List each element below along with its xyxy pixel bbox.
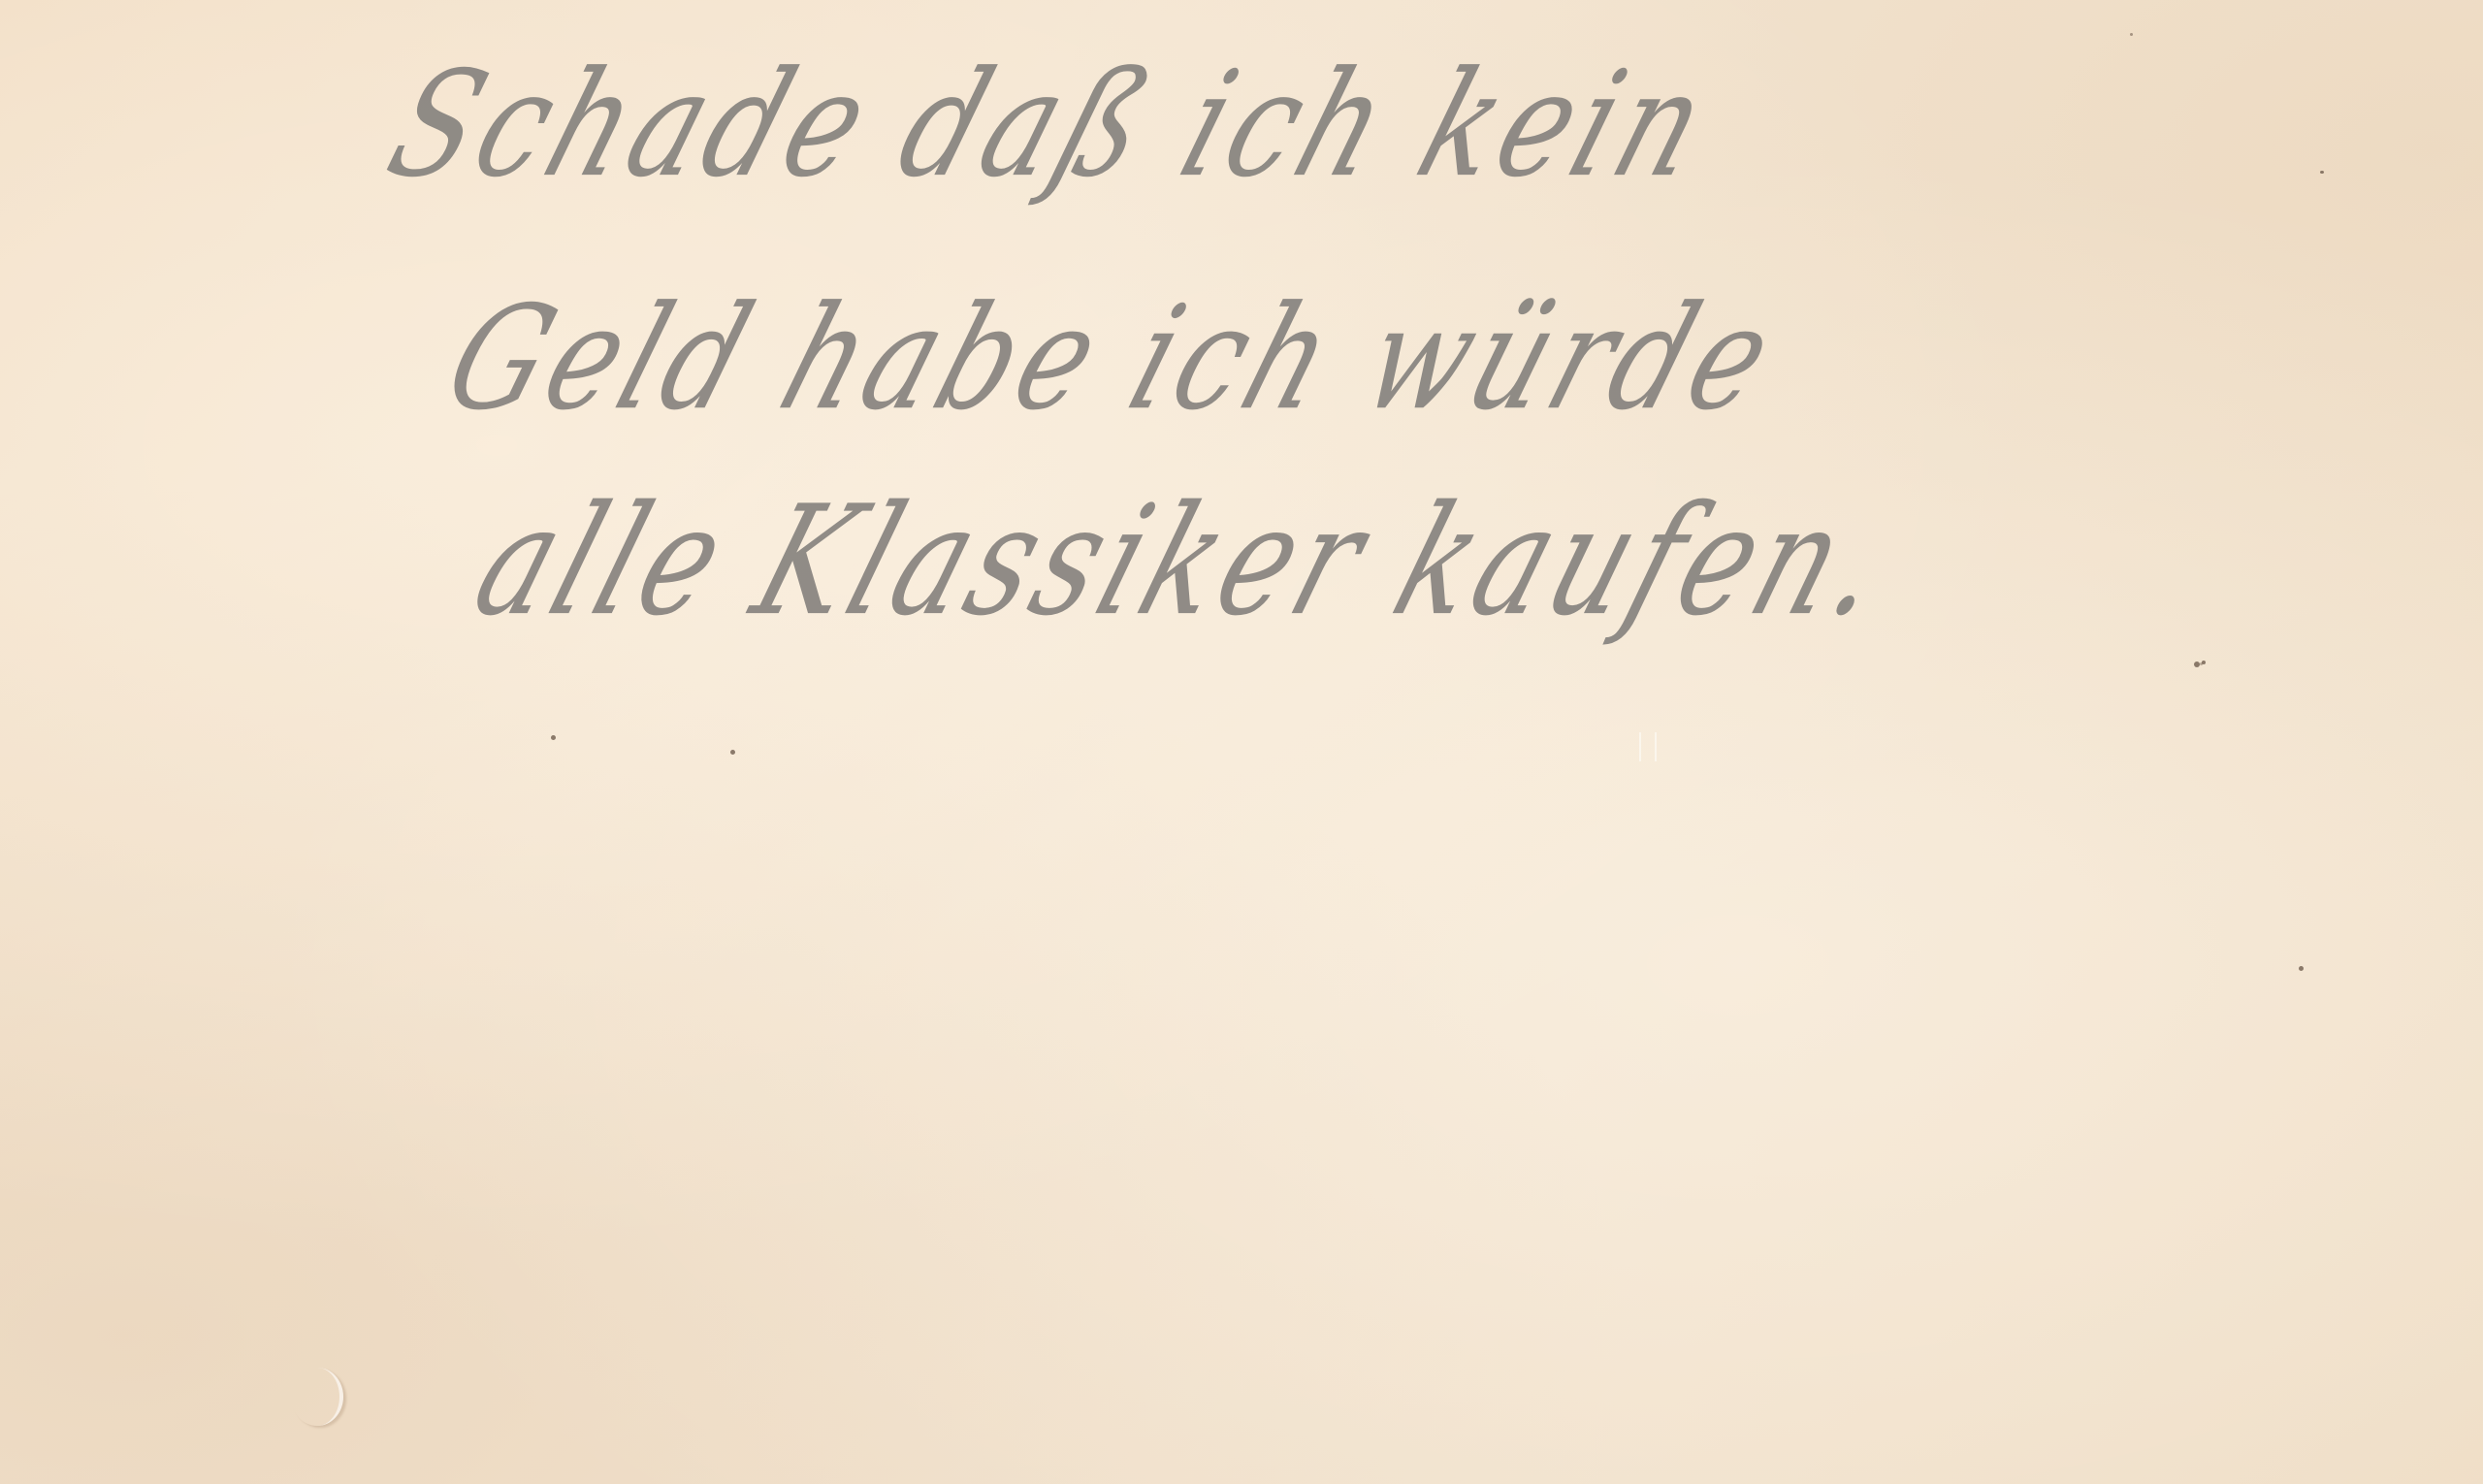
handwriting-line-2: Geld habe ich würde [429,274,1796,442]
paper-speck [2130,33,2133,36]
handwritten-text: Schade daß ich kein Geld habe ich würde … [0,0,2483,1484]
period-mark [2194,661,2200,667]
paper-speck [2320,171,2324,174]
paper-speck [2200,662,2203,665]
handwriting-line-3: alle Klassiker kaufen. [457,474,1913,650]
paper-speck [730,750,735,755]
paper-emboss-mark [291,1368,343,1426]
paper-speck [551,735,556,740]
paper-speck [2299,966,2304,971]
paper-emboss-mark [1639,732,1657,761]
paper-card: Schade daß ich kein Geld habe ich würde … [0,0,2483,1484]
handwriting-line-1: Schade daß ich kein [371,42,1730,210]
